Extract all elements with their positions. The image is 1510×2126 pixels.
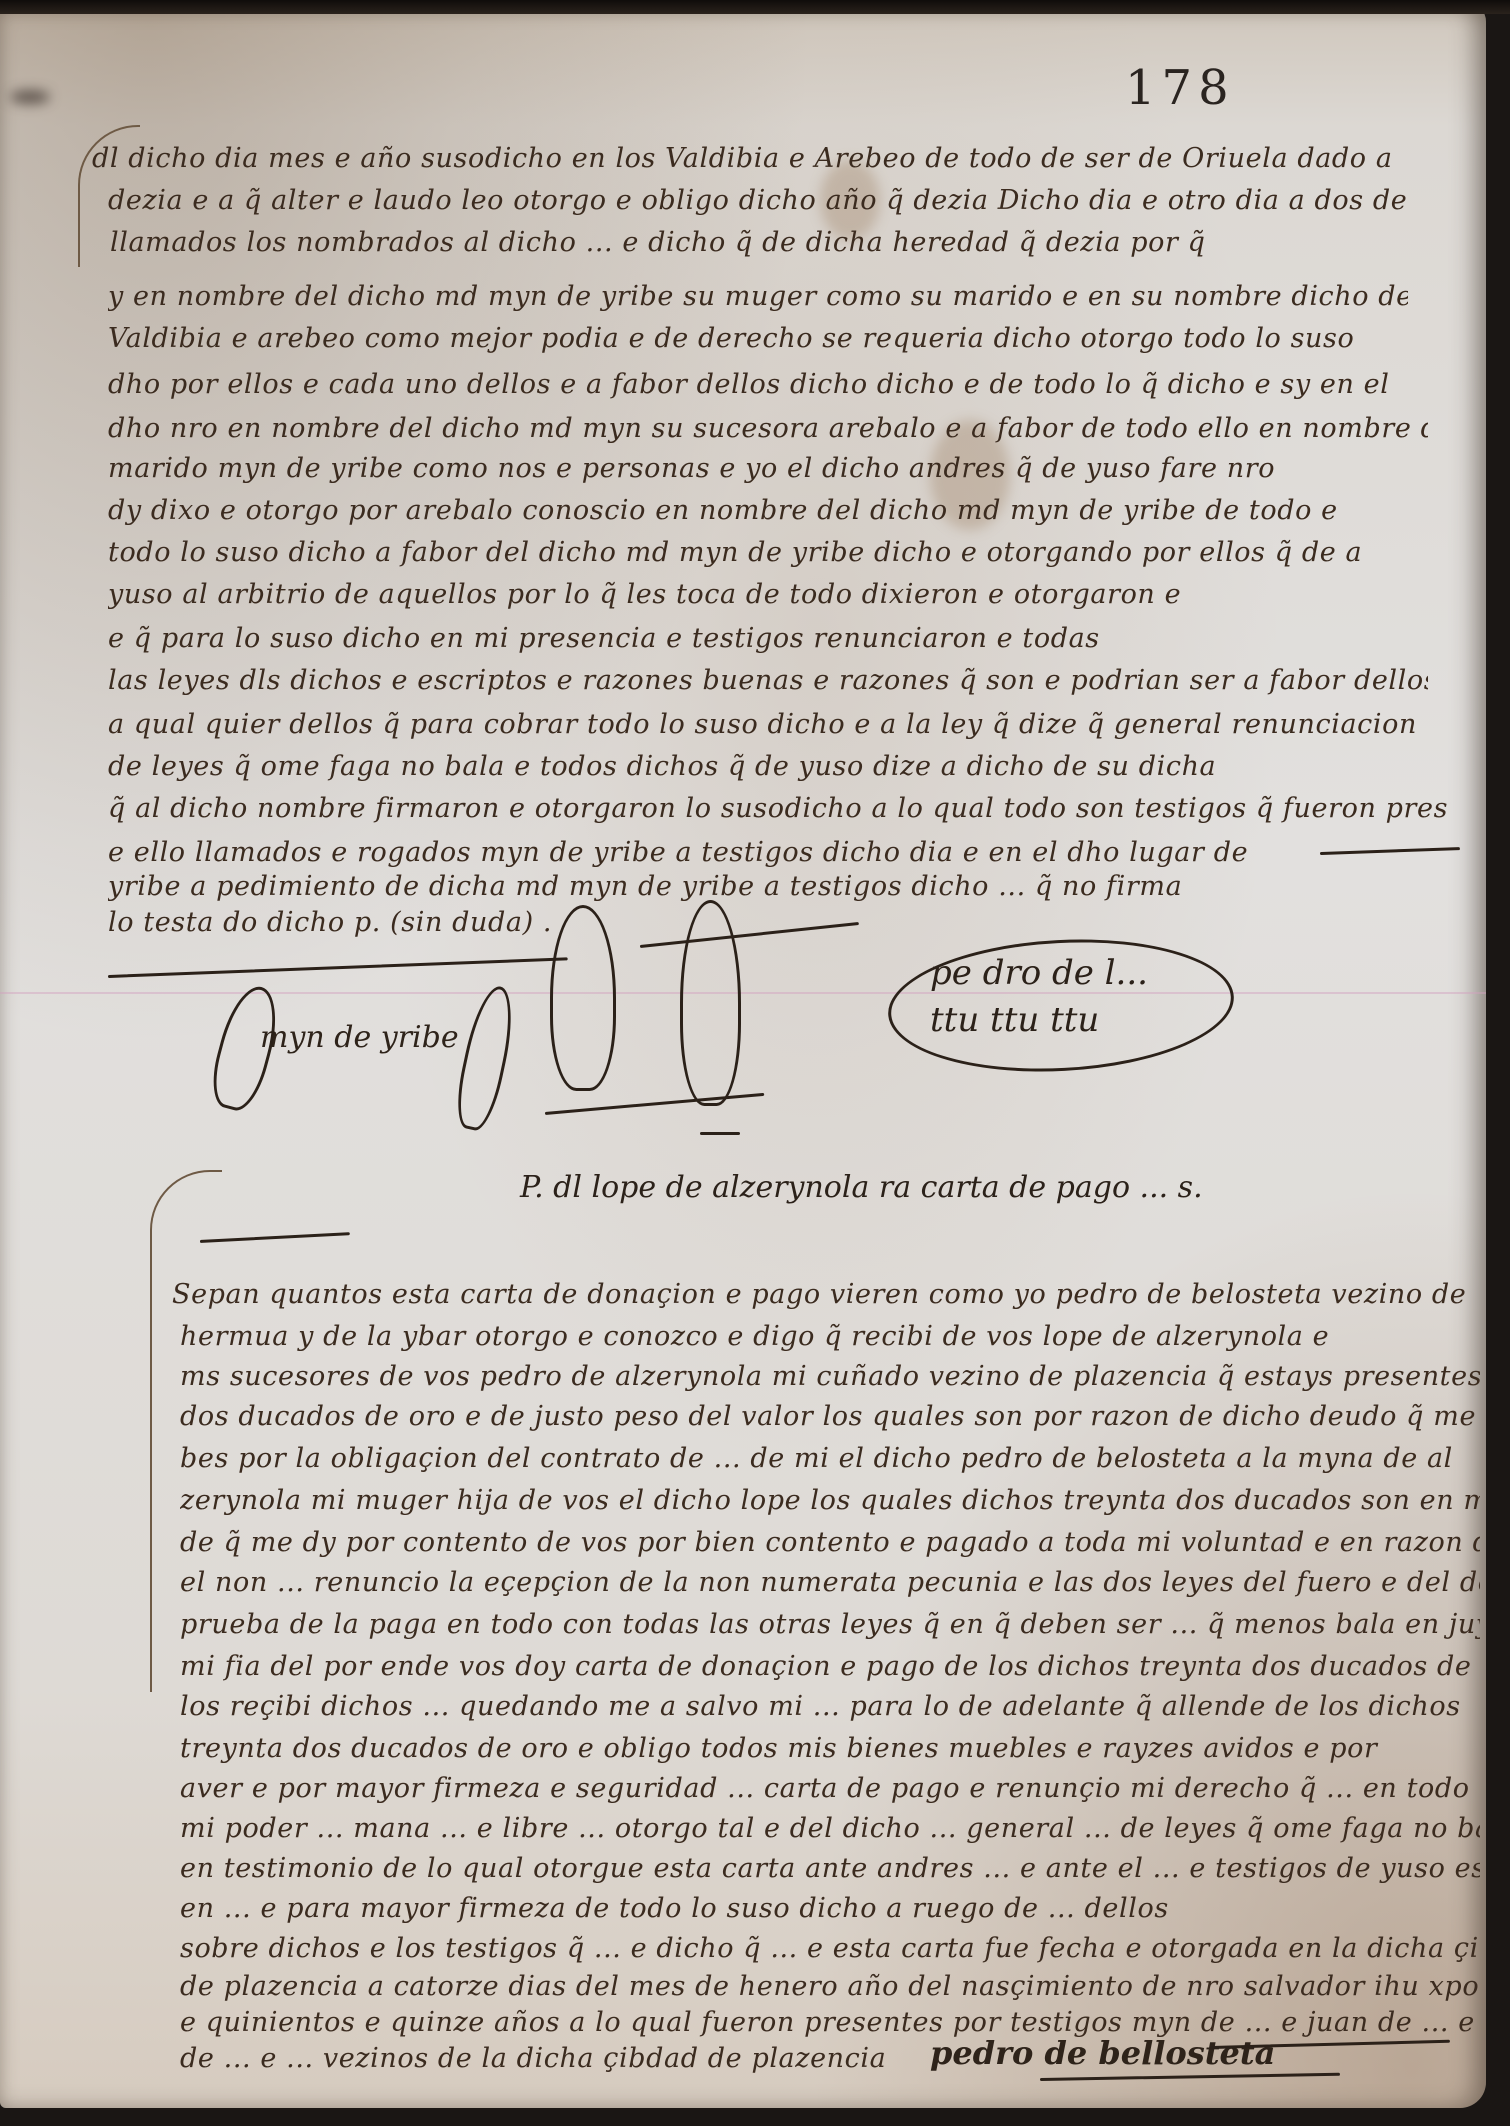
closing-signature-flourish [1040,2073,1340,2081]
folio-number: 178 [1125,60,1235,116]
text-line: yuso al arbitrio de aquellos por lo q̃ l… [108,578,1428,612]
text-line: Valdibia e arebeo como mejor podia e de … [108,322,1408,356]
text-line: dho por ellos e cada uno dellos e a fabo… [108,368,1408,402]
text-line: en testimonio de lo qual otorgue esta ca… [180,1852,1480,1886]
text-line: dl dicho dia mes e año susodicho en los … [92,142,1392,176]
closing-signature-pedro-de-bellosteta: pedro de bellosteta [930,2034,1275,2072]
signature-underline [108,957,568,978]
text-line: las leyes dls dichos e escriptos e razon… [108,664,1428,698]
text-line: llamados los nombrados al dicho ... e di… [110,226,1410,260]
text-line: todo lo suso dicho a fabor del dicho md … [108,536,1428,570]
text-line: Sepan quantos esta carta de donaçion e p… [172,1278,1472,1312]
circled-note-line1: pe dro de l... [930,953,1148,993]
notary-sign-mark [550,905,616,1091]
text-line: de leyes q̃ ome faga no bala e todos dic… [108,750,1438,784]
text-line: treynta dos ducados de oro e obligo todo… [180,1732,1480,1766]
notary-sign-mark [680,900,741,1106]
text-line: zerynola mi muger hija de vos el dicho l… [180,1484,1480,1518]
text-line: sobre dichos e los testigos q̃ ... e dic… [180,1932,1480,1966]
text-line: aver e por mayor firmeza e seguridad ...… [180,1772,1480,1806]
notary-sign-base [545,1093,764,1115]
text-line: e q̃ para lo suso dicho en mi presencia … [108,622,1428,656]
text-line: y en nombre del dicho md myn de yribe su… [108,280,1408,314]
text-line: de ... e ... vezinos de la dicha çibdad … [180,2042,920,2076]
text-line: mi fia del por ende vos doy carta de don… [180,1650,1480,1684]
text-line: dho nro en nombre del dicho md myn su su… [108,412,1428,446]
text-line: de q̃ me dy por contento de vos por bien… [180,1526,1480,1560]
text-line: de plazencia a catorze dias del mes de h… [180,1970,1480,2004]
notary-sign-tick [700,1132,740,1135]
text-line: marido myn de yribe como nos e personas … [108,452,1418,486]
text-line: dos ducados de oro e de justo peso del v… [180,1400,1480,1434]
text-line: bes por la obligaçion del contrato de ..… [180,1442,1480,1476]
signature-maria-de-uribe: myn de yribe [260,1020,459,1055]
text-line: ms sucesores de vos pedro de alzerynola … [180,1360,1480,1394]
text-line: a qual quier dellos q̃ para cobrar todo … [108,708,1438,742]
manuscript-page: 178 dl dicho dia mes e año susodicho en … [0,0,1486,2108]
text-line: e quinientos e quinze años a lo qual fue… [180,2006,1480,2040]
scan-line [0,992,1486,994]
circled-note-line2: ttu ttu ttu [930,1000,1099,1040]
text-line: hermua y de la ybar otorgo e conozco e d… [180,1320,1470,1354]
text-line: dezia e a q̃ alter e laudo leo otorgo e … [108,184,1408,218]
text-line: en ... e para mayor firmeza de todo lo s… [180,1892,1480,1926]
scan-edge [0,0,1510,14]
signature-underline [640,922,859,948]
section-heading: P. dl lope de alzerynola ra carta de pag… [520,1170,1203,1205]
text-line: q̃ al dicho nombre firmaron e otorgaron … [108,792,1448,826]
decorative-stroke [200,1232,350,1243]
text-line: mi poder ... mana ... e libre ... otorgo… [180,1812,1480,1846]
text-line: dy dixo e otorgo por arebalo conoscio en… [108,494,1418,528]
text-line: el non ... renuncio la eçepçion de la no… [180,1566,1480,1600]
text-line: e ello llamados e rogados myn de yribe a… [108,836,1458,870]
text-line: los reçibi dichos ... quedando me a salv… [180,1690,1480,1724]
text-line: prueba de la paga en todo con todas las … [180,1608,1480,1642]
ink-stain [10,90,50,104]
text-line: yribe a pedimiento de dicha md myn de yr… [108,870,1448,904]
signature-flourish [450,982,520,1133]
